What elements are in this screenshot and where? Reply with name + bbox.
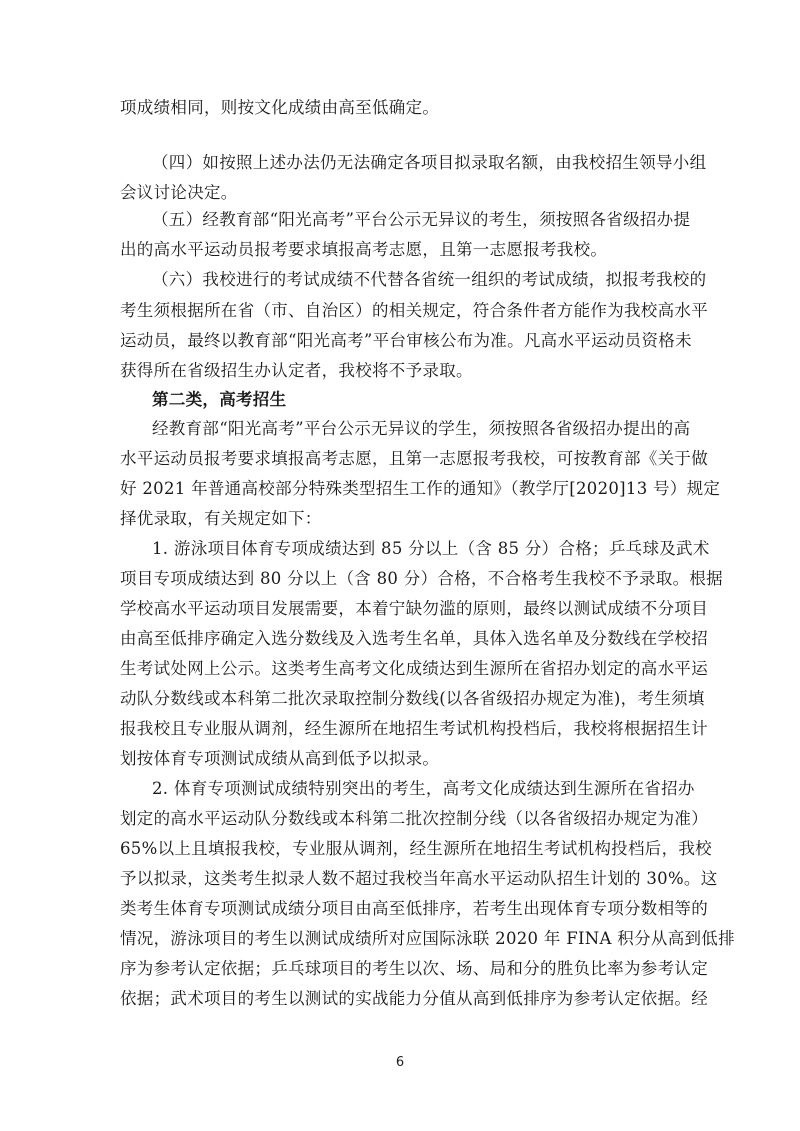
text-line: 项目专项成绩达到 80 分以上（含 80 分）合格，不合格考生我校不予录取。根据 bbox=[120, 569, 690, 589]
text-line: 由高至低排序确定入选分数线及入选考生名单，具体入选名单及分数线在学校招 bbox=[120, 629, 690, 649]
text-line: 运动员，最终以教育部“阳光高考”平台审核公布为准。凡高水平运动员资格未 bbox=[120, 331, 690, 351]
text-line: 予以拟录，这类考生拟录人数不超过我校当年高水平运动队招生计划的 30%。这 bbox=[120, 869, 690, 889]
text-line: 划按体育专项测试成绩从高到低予以拟录。 bbox=[120, 749, 690, 769]
text-line: 好 2021 年普通高校部分特殊类型招生工作的通知》（教学厅[2020]13 号… bbox=[120, 479, 690, 499]
text-line: （五）经教育部“阳光高考”平台公示无异议的考生，须按照各省级招办提 bbox=[152, 210, 690, 230]
text-line: 获得所在省级招生办认定者，我校将不予录取。 bbox=[120, 361, 690, 381]
text-line: 依据；武术项目的考生以测试的实战能力分值从高到低排序为参考认定依据。经 bbox=[120, 989, 690, 1009]
text-line: 出的高水平运动员报考要求填报高考志愿，且第一志愿报考我校。 bbox=[120, 240, 690, 260]
text-line: 序为参考认定依据；乒乓球项目的考生以次、场、局和分的胜负比率为参考认定 bbox=[120, 959, 690, 979]
section-heading: 第二类，高考招生 bbox=[152, 390, 690, 410]
text-line: 考生须根据所在省（市、自治区）的相关规定，符合条件者方能作为我校高水平 bbox=[120, 301, 690, 321]
text-line: 会议讨论决定。 bbox=[120, 183, 690, 203]
text-line: 动队分数线或本科第二批次录取控制分数线(以各省级招办规定为准)，考生须填 bbox=[120, 689, 690, 709]
text-line: 水平运动员报考要求填报高考志愿，且第一志愿报考我校，可按教育部《关于做 bbox=[120, 449, 690, 469]
text-line: 项成绩相同，则按文化成绩由高至低确定。 bbox=[120, 98, 690, 118]
text-line: 学校高水平运动项目发展需要，本着宁缺勿滥的原则，最终以测试成绩不分项目 bbox=[120, 599, 690, 619]
text-line: 择优录取，有关规定如下： bbox=[120, 509, 690, 529]
text-line: 情况，游泳项目的考生以测试成绩所对应国际泳联 2020 年 FINA 积分从高到… bbox=[120, 929, 690, 949]
text-line: （四）如按照上述办法仍无法确定各项目拟录取名额，由我校招生领导小组 bbox=[152, 153, 690, 173]
text-line: （六）我校进行的考试成绩不代替各省统一组织的考试成绩，拟报考我校的 bbox=[152, 270, 690, 290]
text-line: 2. 体育专项测试成绩特别突出的考生，高考文化成绩达到生源所在省招办 bbox=[152, 779, 690, 799]
text-line: 生考试处网上公示。这类考生高考文化成绩达到生源所在省招办划定的高水平运 bbox=[120, 659, 690, 679]
text-line: 经教育部“阳光高考”平台公示无异议的学生，须按照各省级招办提出的高 bbox=[152, 419, 690, 439]
page-number: 6 bbox=[0, 1055, 800, 1070]
text-line: 报我校且专业服从调剂，经生源所在地招生考试机构投档后，我校将根据招生计 bbox=[120, 719, 690, 739]
document-page: 项成绩相同，则按文化成绩由高至低确定。（四）如按照上述办法仍无法确定各项目拟录取… bbox=[0, 0, 800, 1131]
text-line: 65%以上且填报我校，专业服从调剂，经生源所在地招生考试机构投档后，我校 bbox=[120, 839, 690, 859]
text-line: 划定的高水平运动队分数线或本科第二批次控制分线（以各省级招办规定为准） bbox=[120, 809, 690, 829]
text-line: 类考生体育专项测试成绩分项目由高至低排序，若考生出现体育专项分数相等的 bbox=[120, 899, 690, 919]
text-line: 1. 游泳项目体育专项成绩达到 85 分以上（含 85 分）合格；乒乓球及武术 bbox=[152, 539, 690, 559]
